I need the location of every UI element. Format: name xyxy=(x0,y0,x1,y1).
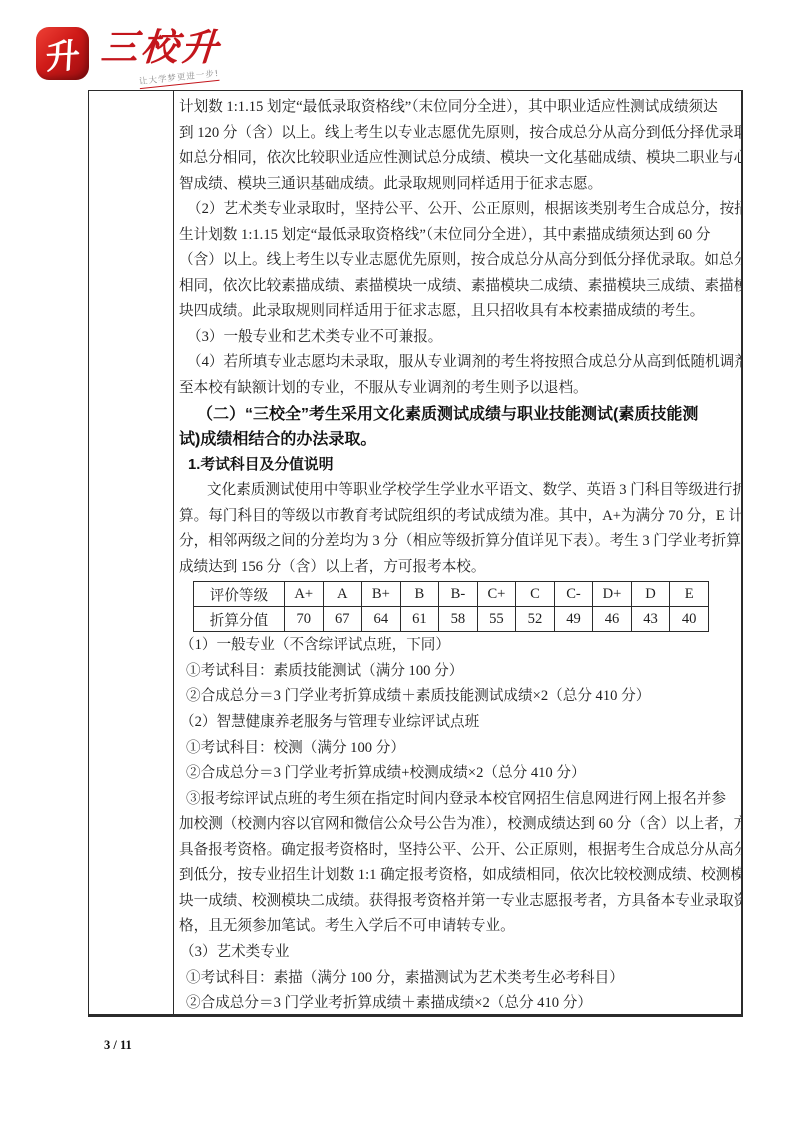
document-table-side-column xyxy=(89,91,174,1014)
doc-line: 分，相邻两级之间的分差均为 3 分（相应等级折算分值详见下表）。考生 3 门学业… xyxy=(179,529,738,555)
doc-line: 到低分，按专业招生计划数 1:1 确定报考资格，如成绩相同，依次比较校测成绩、校… xyxy=(179,863,738,889)
grade-cell: A+ xyxy=(285,582,324,607)
brand-app-icon: 升 xyxy=(36,27,89,80)
brand-icon-glyph: 升 xyxy=(44,28,81,79)
doc-line: 算。每门科目的等级以市教育考试院组织的考试成绩为准。其中，A+为满分 70 分，… xyxy=(179,504,738,530)
doc-line: （3）一般专业和艺术类专业不可兼报。 xyxy=(179,325,738,351)
doc-line: （3）艺术类专业 xyxy=(179,940,738,966)
doc-line: 试)成绩相结合的办法录取。 xyxy=(179,427,738,453)
page-number: 3 / 11 xyxy=(104,1038,132,1053)
grade-cell: D xyxy=(631,582,670,607)
doc-line: ①考试科目：素描（满分 100 分，素描测试为艺术类考生必考科目） xyxy=(179,966,738,992)
grade-cell: A xyxy=(323,582,362,607)
grade-cell: 43 xyxy=(631,607,670,632)
doc-line: ②合成总分＝3 门学业考折算成绩＋素描成绩×2（总分 410 分） xyxy=(179,991,738,1014)
grade-cell: C- xyxy=(554,582,593,607)
document-table-content-cell: 计划数 1:1.15 划定“最低录取资格线”（末位同分全进），其中职业适应性测试… xyxy=(174,91,741,1014)
grade-cell: 58 xyxy=(439,607,478,632)
grade-cell: 70 xyxy=(285,607,324,632)
brand-logo: 升 三校升 让大学梦更进一步! xyxy=(36,27,221,85)
text-block-after-table: （1）一般专业（不含综评试点班，下同）①考试科目：素质技能测试（满分 100 分… xyxy=(179,633,738,1014)
grade-row-label: 折算分值 xyxy=(194,607,285,632)
brand-text-block: 三校升 让大学梦更进一步! xyxy=(101,27,221,85)
grade-cell: 55 xyxy=(477,607,516,632)
grade-cell: D+ xyxy=(593,582,632,607)
grade-cell: 46 xyxy=(593,607,632,632)
grade-row-label: 评价等级 xyxy=(194,582,285,607)
grade-conversion-table: 评价等级A+AB+BB-C+CC-D+DE折算分值706764615855524… xyxy=(193,581,709,632)
grade-cell: B+ xyxy=(362,582,401,607)
grade-cell: 52 xyxy=(516,607,555,632)
doc-line: 加校测（校测内容以官网和微信公众号公告为准），校测成绩达到 60 分（含）以上者… xyxy=(179,812,738,838)
doc-line: 至本校有缺额计划的专业，不服从专业调剂的考生则予以退档。 xyxy=(179,376,738,402)
grade-cell: 61 xyxy=(400,607,439,632)
brand-tagline: 让大学梦更进一步! xyxy=(138,67,219,89)
doc-line: 文化素质测试使用中等职业学校学生学业水平语文、数学、英语 3 门科目等级进行折 xyxy=(179,478,738,504)
grade-cell: E xyxy=(670,582,709,607)
doc-line: （4）若所填专业志愿均未录取，服从专业调剂的考生将按照合成总分从高到低随机调剂 xyxy=(179,350,738,376)
doc-line: 如总分相同，依次比较职业适应性测试总分成绩、模块一文化基础成绩、模块二职业与心 xyxy=(179,146,738,172)
doc-line: 块一成绩、校测模块二成绩。获得报考资格并第一专业志愿报考者，方具备本专业录取资 xyxy=(179,889,738,915)
grade-cell: B- xyxy=(439,582,478,607)
doc-line: （2）智慧健康养老服务与管理专业综评试点班 xyxy=(179,710,738,736)
document-table: 计划数 1:1.15 划定“最低录取资格线”（末位同分全进），其中职业适应性测试… xyxy=(88,90,743,1017)
grade-cell: 64 xyxy=(362,607,401,632)
doc-line: ①考试科目：素质技能测试（满分 100 分） xyxy=(179,659,738,685)
grade-header-row: 评价等级A+AB+BB-C+CC-D+DE xyxy=(194,582,709,607)
brand-name: 三校升 xyxy=(100,29,223,67)
doc-line: （2）艺术类专业录取时，坚持公平、公开、公正原则，根据该类别考生合成总分，按招 xyxy=(179,197,738,223)
doc-line: ①考试科目：校测（满分 100 分） xyxy=(179,736,738,762)
doc-line: 计划数 1:1.15 划定“最低录取资格线”（末位同分全进），其中职业适应性测试… xyxy=(179,95,738,121)
grade-cell: 49 xyxy=(554,607,593,632)
doc-line: 相同，依次比较素描成绩、素描模块一成绩、素描模块二成绩、素描模块三成绩、素描模 xyxy=(179,274,738,300)
doc-line: 智成绩、模块三通识基础成绩。此录取规则同样适用于征求志愿。 xyxy=(179,172,738,198)
grade-cell: 40 xyxy=(670,607,709,632)
doc-line: 生计划数 1:1.15 划定“最低录取资格线”（末位同分全进），其中素描成绩须达… xyxy=(179,223,738,249)
doc-line: 到 120 分（含）以上。线上考生以专业志愿优先原则，按合成总分从高分到低分择优… xyxy=(179,121,738,147)
grade-cell: 67 xyxy=(323,607,362,632)
grade-cell: C xyxy=(516,582,555,607)
grade-cell: C+ xyxy=(477,582,516,607)
doc-line: 1.考试科目及分值说明 xyxy=(179,453,738,479)
doc-line: 块四成绩。此录取规则同样适用于征求志愿，且只招收具有本校素描成绩的考生。 xyxy=(179,299,738,325)
doc-line: （1）一般专业（不含综评试点班，下同） xyxy=(179,633,738,659)
doc-line: （含）以上。线上考生以专业志愿优先原则，按合成总分从高分到低分择优录取。如总分 xyxy=(179,248,738,274)
document-page: { "logo": { "icon_char": "升", "brand": "… xyxy=(0,0,794,1123)
grade-values-row: 折算分值7067646158555249464340 xyxy=(194,607,709,632)
grade-cell: B xyxy=(400,582,439,607)
doc-line: 格，且无须参加笔试。考生入学后不可申请转专业。 xyxy=(179,914,738,940)
doc-line: 具备报考资格。确定报考资格时，坚持公平、公开、公正原则，根据考生合成总分从高分 xyxy=(179,838,738,864)
doc-line: ③报考综评试点班的考生须在指定时间内登录本校官网招生信息网进行网上报名并参 xyxy=(179,787,738,813)
doc-line: 成绩达到 156 分（含）以上者，方可报考本校。 xyxy=(179,555,738,581)
text-block-before-table: 计划数 1:1.15 划定“最低录取资格线”（末位同分全进），其中职业适应性测试… xyxy=(179,95,738,580)
doc-line: （二）“三校全”考生采用文化素质测试成绩与职业技能测试(素质技能测 xyxy=(179,402,738,428)
doc-line: ②合成总分＝3 门学业考折算成绩+校测成绩×2（总分 410 分） xyxy=(179,761,738,787)
doc-line: ②合成总分＝3 门学业考折算成绩＋素质技能测试成绩×2（总分 410 分） xyxy=(179,684,738,710)
